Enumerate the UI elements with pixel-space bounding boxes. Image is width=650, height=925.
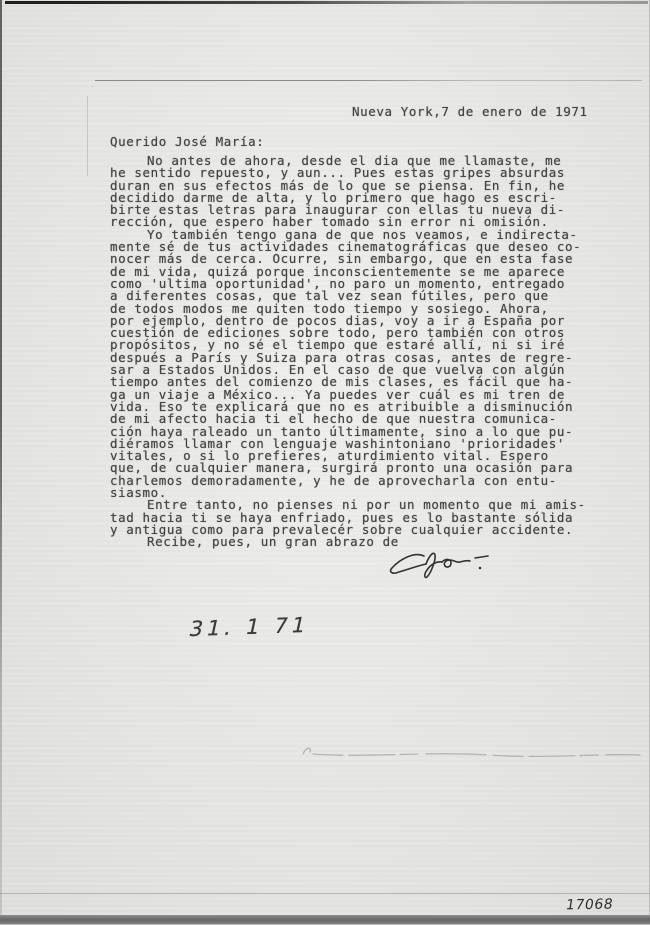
pencil-line-icon xyxy=(298,743,646,763)
handwritten-date: 31. 1 71 xyxy=(187,613,312,641)
paragraph-2: Yo también tengo gana de que nos veamos,… xyxy=(110,229,610,500)
handwritten-signature xyxy=(388,549,492,595)
paper-crease-line xyxy=(87,96,88,176)
faint-horizontal-line-top xyxy=(95,80,642,81)
scanner-bar-artifact xyxy=(0,915,650,925)
scan-left-edge-artifact xyxy=(0,0,2,925)
letter-salutation: Querido José María: xyxy=(110,136,264,148)
letter-body: No antes de ahora, desde el dia que me l… xyxy=(110,155,610,549)
scan-top-edge-artifact xyxy=(5,1,648,4)
signature-icon xyxy=(388,549,492,591)
scanned-letter-page: Nueva York,7 de enero de 1971 Querido Jo… xyxy=(0,0,650,925)
letter-dateline: Nueva York,7 de enero de 1971 xyxy=(352,106,588,118)
paragraph-1: No antes de ahora, desde el dia que me l… xyxy=(110,155,610,229)
faint-horizontal-line-bottom xyxy=(0,893,650,894)
archive-number: 17068 xyxy=(565,897,615,914)
pencil-squiggle-line xyxy=(298,743,646,767)
closing-line: Recibe, pues, un gran abrazo de xyxy=(110,536,610,548)
paragraph-3: Entre tanto, no pienses ni por un moment… xyxy=(110,499,610,536)
